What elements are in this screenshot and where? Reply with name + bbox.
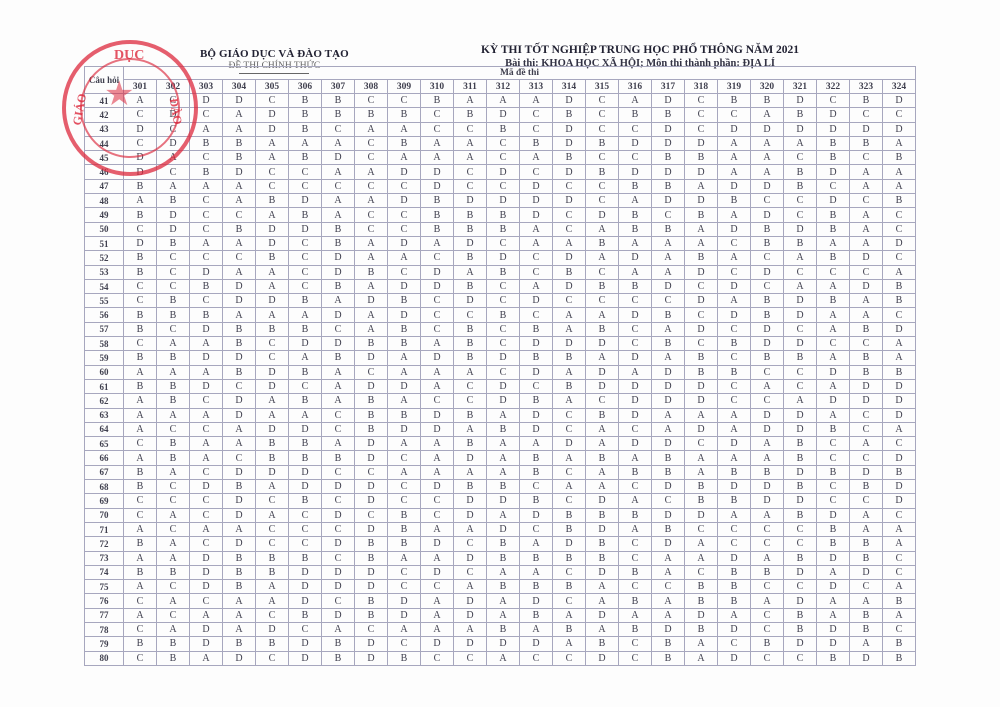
- answer-cell: D: [520, 179, 553, 193]
- answer-cell: A: [520, 222, 553, 236]
- answer-cell: A: [883, 537, 916, 551]
- table-row: 68BCDBADDDCDBBCAACDBDDBCBD: [85, 480, 916, 494]
- answer-cell: B: [619, 222, 652, 236]
- answer-cell: A: [487, 651, 520, 665]
- answer-cell: D: [784, 308, 817, 322]
- answer-cell: A: [421, 594, 454, 608]
- answer-cell: C: [454, 537, 487, 551]
- answer-cell: D: [421, 351, 454, 365]
- answer-cell: B: [520, 494, 553, 508]
- answer-cell: A: [520, 437, 553, 451]
- answer-cell: A: [685, 179, 718, 193]
- answer-cell: A: [850, 637, 883, 651]
- answer-cell: B: [520, 351, 553, 365]
- answer-cell: B: [487, 222, 520, 236]
- answer-cell: D: [850, 251, 883, 265]
- answer-cell: C: [124, 136, 157, 150]
- table-row: 60AAABDBACAAACDADADBBCCDBB: [85, 365, 916, 379]
- answer-cell: B: [388, 136, 421, 150]
- answer-cell: B: [784, 551, 817, 565]
- answer-cell: B: [388, 522, 421, 536]
- answer-cell: D: [388, 279, 421, 293]
- answer-cell: C: [718, 322, 751, 336]
- answer-cell: A: [454, 365, 487, 379]
- answer-cell: B: [520, 394, 553, 408]
- answer-cell: C: [586, 265, 619, 279]
- answer-cell: A: [751, 594, 784, 608]
- answer-cell: A: [652, 551, 685, 565]
- answer-cell: A: [223, 594, 256, 608]
- answer-cell: B: [817, 151, 850, 165]
- answer-cell: A: [520, 622, 553, 636]
- answer-cell: C: [289, 522, 322, 536]
- answer-cell: B: [520, 551, 553, 565]
- answer-cell: D: [289, 422, 322, 436]
- answer-cell: A: [850, 294, 883, 308]
- answer-cell: C: [157, 279, 190, 293]
- question-number: 74: [85, 565, 124, 579]
- answer-cell: B: [322, 94, 355, 108]
- answer-cell: C: [883, 222, 916, 236]
- answer-cell: B: [223, 637, 256, 651]
- answer-cell: B: [157, 451, 190, 465]
- table-row: 73AADBBBCBAADBBBBCAADABDBC: [85, 551, 916, 565]
- answer-cell: C: [421, 580, 454, 594]
- answer-cell: D: [421, 537, 454, 551]
- answer-cell: A: [751, 151, 784, 165]
- question-number: 47: [85, 179, 124, 193]
- question-number: 66: [85, 451, 124, 465]
- answer-cell: D: [619, 408, 652, 422]
- answer-cell: B: [388, 337, 421, 351]
- answer-cell: D: [817, 508, 850, 522]
- answer-cell: B: [289, 494, 322, 508]
- answer-cell: B: [817, 537, 850, 551]
- question-number: 79: [85, 637, 124, 651]
- answer-cell: C: [454, 651, 487, 665]
- answer-cell: C: [586, 294, 619, 308]
- answer-cell: A: [322, 437, 355, 451]
- answer-cell: B: [850, 351, 883, 365]
- answer-cell: C: [883, 565, 916, 579]
- answer-cell: B: [784, 165, 817, 179]
- answer-cell: B: [388, 408, 421, 422]
- answer-cell: D: [883, 379, 916, 393]
- exam-code-header: 305: [256, 80, 289, 94]
- answer-cell: B: [355, 608, 388, 622]
- table-row: 50CDCBDDBCCBBBACABBADBDBAC: [85, 222, 916, 236]
- answer-cell: D: [256, 122, 289, 136]
- answer-cell: B: [817, 222, 850, 236]
- answer-cell: D: [685, 322, 718, 336]
- answer-cell: A: [586, 422, 619, 436]
- answer-cell: A: [751, 136, 784, 150]
- answer-cell: D: [520, 637, 553, 651]
- answer-cell: A: [454, 265, 487, 279]
- answer-cell: A: [718, 136, 751, 150]
- answer-cell: A: [652, 322, 685, 336]
- answer-cell: A: [388, 251, 421, 265]
- answer-cell: B: [190, 136, 223, 150]
- answer-cell: A: [256, 480, 289, 494]
- answer-cell: A: [586, 308, 619, 322]
- answer-cell: A: [817, 279, 850, 293]
- answer-cell: C: [421, 251, 454, 265]
- answer-cell: C: [256, 351, 289, 365]
- answer-cell: D: [652, 480, 685, 494]
- answer-cell: D: [289, 337, 322, 351]
- answer-cell: B: [784, 608, 817, 622]
- answer-cell: B: [256, 194, 289, 208]
- answer-cell: C: [388, 208, 421, 222]
- answer-cell: D: [784, 594, 817, 608]
- answer-cell: D: [784, 337, 817, 351]
- answer-cell: A: [553, 608, 586, 622]
- answer-cell: C: [685, 308, 718, 322]
- answer-cell: C: [355, 179, 388, 193]
- answer-cell: D: [487, 394, 520, 408]
- answer-cell: B: [487, 308, 520, 322]
- answer-cell: C: [190, 594, 223, 608]
- answer-cell: C: [124, 279, 157, 293]
- answer-cell: D: [322, 608, 355, 622]
- answer-cell: A: [817, 308, 850, 322]
- answer-cell: B: [784, 508, 817, 522]
- answer-cell: A: [553, 480, 586, 494]
- answer-cell: C: [322, 465, 355, 479]
- answer-cell: D: [454, 551, 487, 565]
- answer-cell: A: [883, 136, 916, 150]
- answer-cell: C: [817, 179, 850, 193]
- answer-cell: B: [157, 651, 190, 665]
- answer-cell: D: [751, 480, 784, 494]
- answer-cell: D: [784, 408, 817, 422]
- answer-cell: C: [520, 522, 553, 536]
- answer-cell: B: [685, 594, 718, 608]
- answer-cell: C: [619, 322, 652, 336]
- answer-cell: C: [388, 565, 421, 579]
- answer-cell: C: [256, 165, 289, 179]
- answer-cell: C: [784, 265, 817, 279]
- answer-cell: A: [388, 365, 421, 379]
- answer-cell: D: [322, 508, 355, 522]
- answer-cell: B: [652, 108, 685, 122]
- answer-cell: A: [520, 279, 553, 293]
- answer-cell: D: [223, 651, 256, 665]
- exam-code-header: 310: [421, 80, 454, 94]
- answer-cell: B: [520, 451, 553, 465]
- answer-cell: D: [520, 508, 553, 522]
- answer-cell: C: [487, 337, 520, 351]
- answer-cell: D: [883, 122, 916, 136]
- answer-cell: D: [289, 565, 322, 579]
- answer-cell: B: [487, 551, 520, 565]
- answer-cell: A: [223, 622, 256, 636]
- answer-cell: A: [157, 508, 190, 522]
- answer-cell: A: [223, 608, 256, 622]
- answer-cell: A: [718, 508, 751, 522]
- answer-cell: D: [190, 580, 223, 594]
- table-row: 69CCCDCBCDCCDDBCDACBBDDCCD: [85, 494, 916, 508]
- answer-cell: D: [454, 494, 487, 508]
- answer-cell: D: [388, 236, 421, 250]
- answer-cell: A: [388, 122, 421, 136]
- answer-cell: A: [322, 379, 355, 393]
- answer-cell: C: [289, 537, 322, 551]
- answer-cell: C: [256, 537, 289, 551]
- answer-cell: B: [289, 365, 322, 379]
- answer-cell: C: [718, 265, 751, 279]
- answer-cell: D: [157, 136, 190, 150]
- answer-cell: C: [421, 308, 454, 322]
- answer-cell: B: [817, 294, 850, 308]
- answer-cell: B: [124, 379, 157, 393]
- answer-cell: A: [421, 337, 454, 351]
- answer-cell: D: [817, 194, 850, 208]
- exam-code-header: 304: [223, 80, 256, 94]
- answer-cell: D: [619, 379, 652, 393]
- answer-cell: B: [124, 308, 157, 322]
- table-row: 78CADADCACAAABABABDBDCBDBC: [85, 622, 916, 636]
- answer-cell: D: [652, 394, 685, 408]
- question-number: 49: [85, 208, 124, 222]
- answer-cell: D: [718, 480, 751, 494]
- answer-cell: C: [520, 265, 553, 279]
- answer-cell: A: [355, 322, 388, 336]
- answer-cell: C: [850, 265, 883, 279]
- answer-cell: D: [553, 94, 586, 108]
- answer-cell: D: [289, 651, 322, 665]
- answer-cell: B: [817, 136, 850, 150]
- answer-cell: D: [751, 122, 784, 136]
- answer-cell: C: [223, 451, 256, 465]
- answer-cell: C: [124, 651, 157, 665]
- answer-cell: D: [718, 551, 751, 565]
- answer-cell: B: [619, 208, 652, 222]
- answer-cell: B: [619, 465, 652, 479]
- answer-cell: C: [784, 208, 817, 222]
- answer-cell: A: [685, 551, 718, 565]
- answer-cell: D: [520, 408, 553, 422]
- answer-cell: C: [421, 394, 454, 408]
- answer-cell: C: [322, 122, 355, 136]
- answer-cell: D: [850, 279, 883, 293]
- answer-cell: A: [751, 379, 784, 393]
- answer-cell: B: [124, 480, 157, 494]
- answer-cell: B: [718, 565, 751, 579]
- answer-cell: A: [850, 222, 883, 236]
- answer-cell: A: [652, 608, 685, 622]
- answer-cell: C: [883, 251, 916, 265]
- answer-cell: D: [586, 208, 619, 222]
- answer-cell: D: [652, 365, 685, 379]
- answer-cell: A: [124, 551, 157, 565]
- answer-cell: B: [586, 637, 619, 651]
- answer-cell: B: [157, 394, 190, 408]
- answer-cell: D: [520, 422, 553, 436]
- answer-cell: A: [487, 594, 520, 608]
- question-number: 68: [85, 480, 124, 494]
- answer-cell: C: [619, 151, 652, 165]
- exam-code-header: 308: [355, 80, 388, 94]
- answer-cell: B: [322, 637, 355, 651]
- answer-cell: D: [586, 522, 619, 536]
- exam-code-header: 314: [553, 80, 586, 94]
- answer-cell: A: [553, 308, 586, 322]
- table-row: 76CACAADCBDADADCABABBADAAB: [85, 594, 916, 608]
- answer-cell: B: [223, 222, 256, 236]
- question-number: 78: [85, 622, 124, 636]
- answer-cell: C: [586, 151, 619, 165]
- answer-cell: C: [322, 179, 355, 193]
- answer-cell: A: [421, 437, 454, 451]
- answer-cell: C: [454, 308, 487, 322]
- answer-cell: B: [685, 208, 718, 222]
- answer-cell: B: [157, 194, 190, 208]
- answer-cell: A: [850, 508, 883, 522]
- answer-cell: B: [421, 208, 454, 222]
- answer-cell: C: [619, 337, 652, 351]
- answer-cell: C: [883, 622, 916, 636]
- answer-cell: D: [718, 279, 751, 293]
- answer-cell: C: [124, 108, 157, 122]
- answer-cell: C: [520, 251, 553, 265]
- answer-cell: D: [454, 451, 487, 465]
- answer-cell: C: [553, 179, 586, 193]
- answer-cell: C: [289, 622, 322, 636]
- answer-cell: B: [586, 408, 619, 422]
- answer-cell: C: [157, 422, 190, 436]
- answer-cell: C: [289, 251, 322, 265]
- answer-cell: A: [883, 179, 916, 193]
- answer-cell: D: [355, 580, 388, 594]
- question-number: 50: [85, 222, 124, 236]
- answer-cell: A: [124, 194, 157, 208]
- answer-cell: B: [553, 151, 586, 165]
- answer-cell: A: [124, 365, 157, 379]
- answer-cell: D: [157, 108, 190, 122]
- answer-cell: D: [718, 222, 751, 236]
- answer-cell: B: [553, 580, 586, 594]
- answer-cell: B: [256, 565, 289, 579]
- answer-cell: A: [817, 351, 850, 365]
- answer-cell: A: [388, 351, 421, 365]
- answer-cell: B: [751, 236, 784, 250]
- answer-cell: C: [322, 494, 355, 508]
- answer-cell: B: [553, 522, 586, 536]
- answer-cell: A: [652, 565, 685, 579]
- question-number: 64: [85, 422, 124, 436]
- question-number: 55: [85, 294, 124, 308]
- answer-cell: C: [784, 194, 817, 208]
- answer-cell: A: [817, 379, 850, 393]
- answer-cell: D: [685, 394, 718, 408]
- answer-cell: C: [157, 122, 190, 136]
- answer-cell: C: [784, 379, 817, 393]
- answer-cell: A: [883, 422, 916, 436]
- answer-cell: A: [454, 465, 487, 479]
- answer-cell: B: [157, 437, 190, 451]
- answer-cell: A: [223, 122, 256, 136]
- answer-cell: D: [652, 508, 685, 522]
- exam-code-header: 311: [454, 80, 487, 94]
- answer-cell: C: [289, 236, 322, 250]
- answer-cell: C: [685, 522, 718, 536]
- answer-cell: B: [322, 236, 355, 250]
- answer-cell: B: [784, 480, 817, 494]
- answer-cell: B: [751, 465, 784, 479]
- exam-code-header: 315: [586, 80, 619, 94]
- answer-cell: B: [586, 551, 619, 565]
- answer-cell: A: [322, 165, 355, 179]
- answer-cell: B: [751, 637, 784, 651]
- answer-cell: C: [784, 537, 817, 551]
- answer-cell: A: [322, 365, 355, 379]
- answer-cell: B: [388, 322, 421, 336]
- answer-cell: D: [190, 322, 223, 336]
- answer-cell: B: [157, 565, 190, 579]
- answer-cell: C: [652, 208, 685, 222]
- answer-cell: B: [784, 622, 817, 636]
- answer-cell: B: [454, 279, 487, 293]
- answer-cell: B: [619, 594, 652, 608]
- answer-cell: A: [619, 236, 652, 250]
- answer-cell: D: [784, 422, 817, 436]
- answer-cell: D: [454, 594, 487, 608]
- answer-cell: D: [421, 179, 454, 193]
- answer-cell: D: [256, 222, 289, 236]
- answer-cell: B: [487, 622, 520, 636]
- answer-cell: C: [751, 580, 784, 594]
- answer-cell: C: [487, 151, 520, 165]
- answer-cell: A: [124, 422, 157, 436]
- answer-cell: C: [718, 108, 751, 122]
- answer-cell: A: [718, 165, 751, 179]
- answer-cell: B: [124, 537, 157, 551]
- question-number: 60: [85, 365, 124, 379]
- answer-cell: C: [652, 294, 685, 308]
- answer-cell: A: [883, 265, 916, 279]
- answer-cell: A: [850, 165, 883, 179]
- answer-cell: B: [784, 179, 817, 193]
- answer-cell: A: [322, 208, 355, 222]
- answer-cell: D: [223, 508, 256, 522]
- answer-cell: B: [388, 537, 421, 551]
- answer-cell: D: [520, 208, 553, 222]
- answer-cell: A: [388, 551, 421, 565]
- answer-cell: D: [652, 122, 685, 136]
- table-row: 59BBDDCABDADBDBBADABCBBABA: [85, 351, 916, 365]
- table-row: 66ABACBBBDCADABABABAAABCCD: [85, 451, 916, 465]
- answer-cell: A: [289, 351, 322, 365]
- answer-cell: D: [487, 351, 520, 365]
- ministry-name: BỘ GIÁO DỤC VÀ ĐÀO TẠO: [200, 48, 349, 60]
- answer-cell: B: [817, 422, 850, 436]
- answer-cell: B: [223, 480, 256, 494]
- answer-cell: B: [454, 251, 487, 265]
- answer-cell: D: [685, 379, 718, 393]
- answer-cell: A: [322, 294, 355, 308]
- question-number: 45: [85, 151, 124, 165]
- answer-cell: A: [619, 608, 652, 622]
- answer-cell: A: [586, 351, 619, 365]
- answer-cell: A: [883, 608, 916, 622]
- answer-cell: B: [553, 265, 586, 279]
- answer-cell: D: [751, 208, 784, 222]
- table-row: 74BBDBBDDDCDCAACDBACBBDADC: [85, 565, 916, 579]
- answer-cell: D: [487, 108, 520, 122]
- question-number: 48: [85, 194, 124, 208]
